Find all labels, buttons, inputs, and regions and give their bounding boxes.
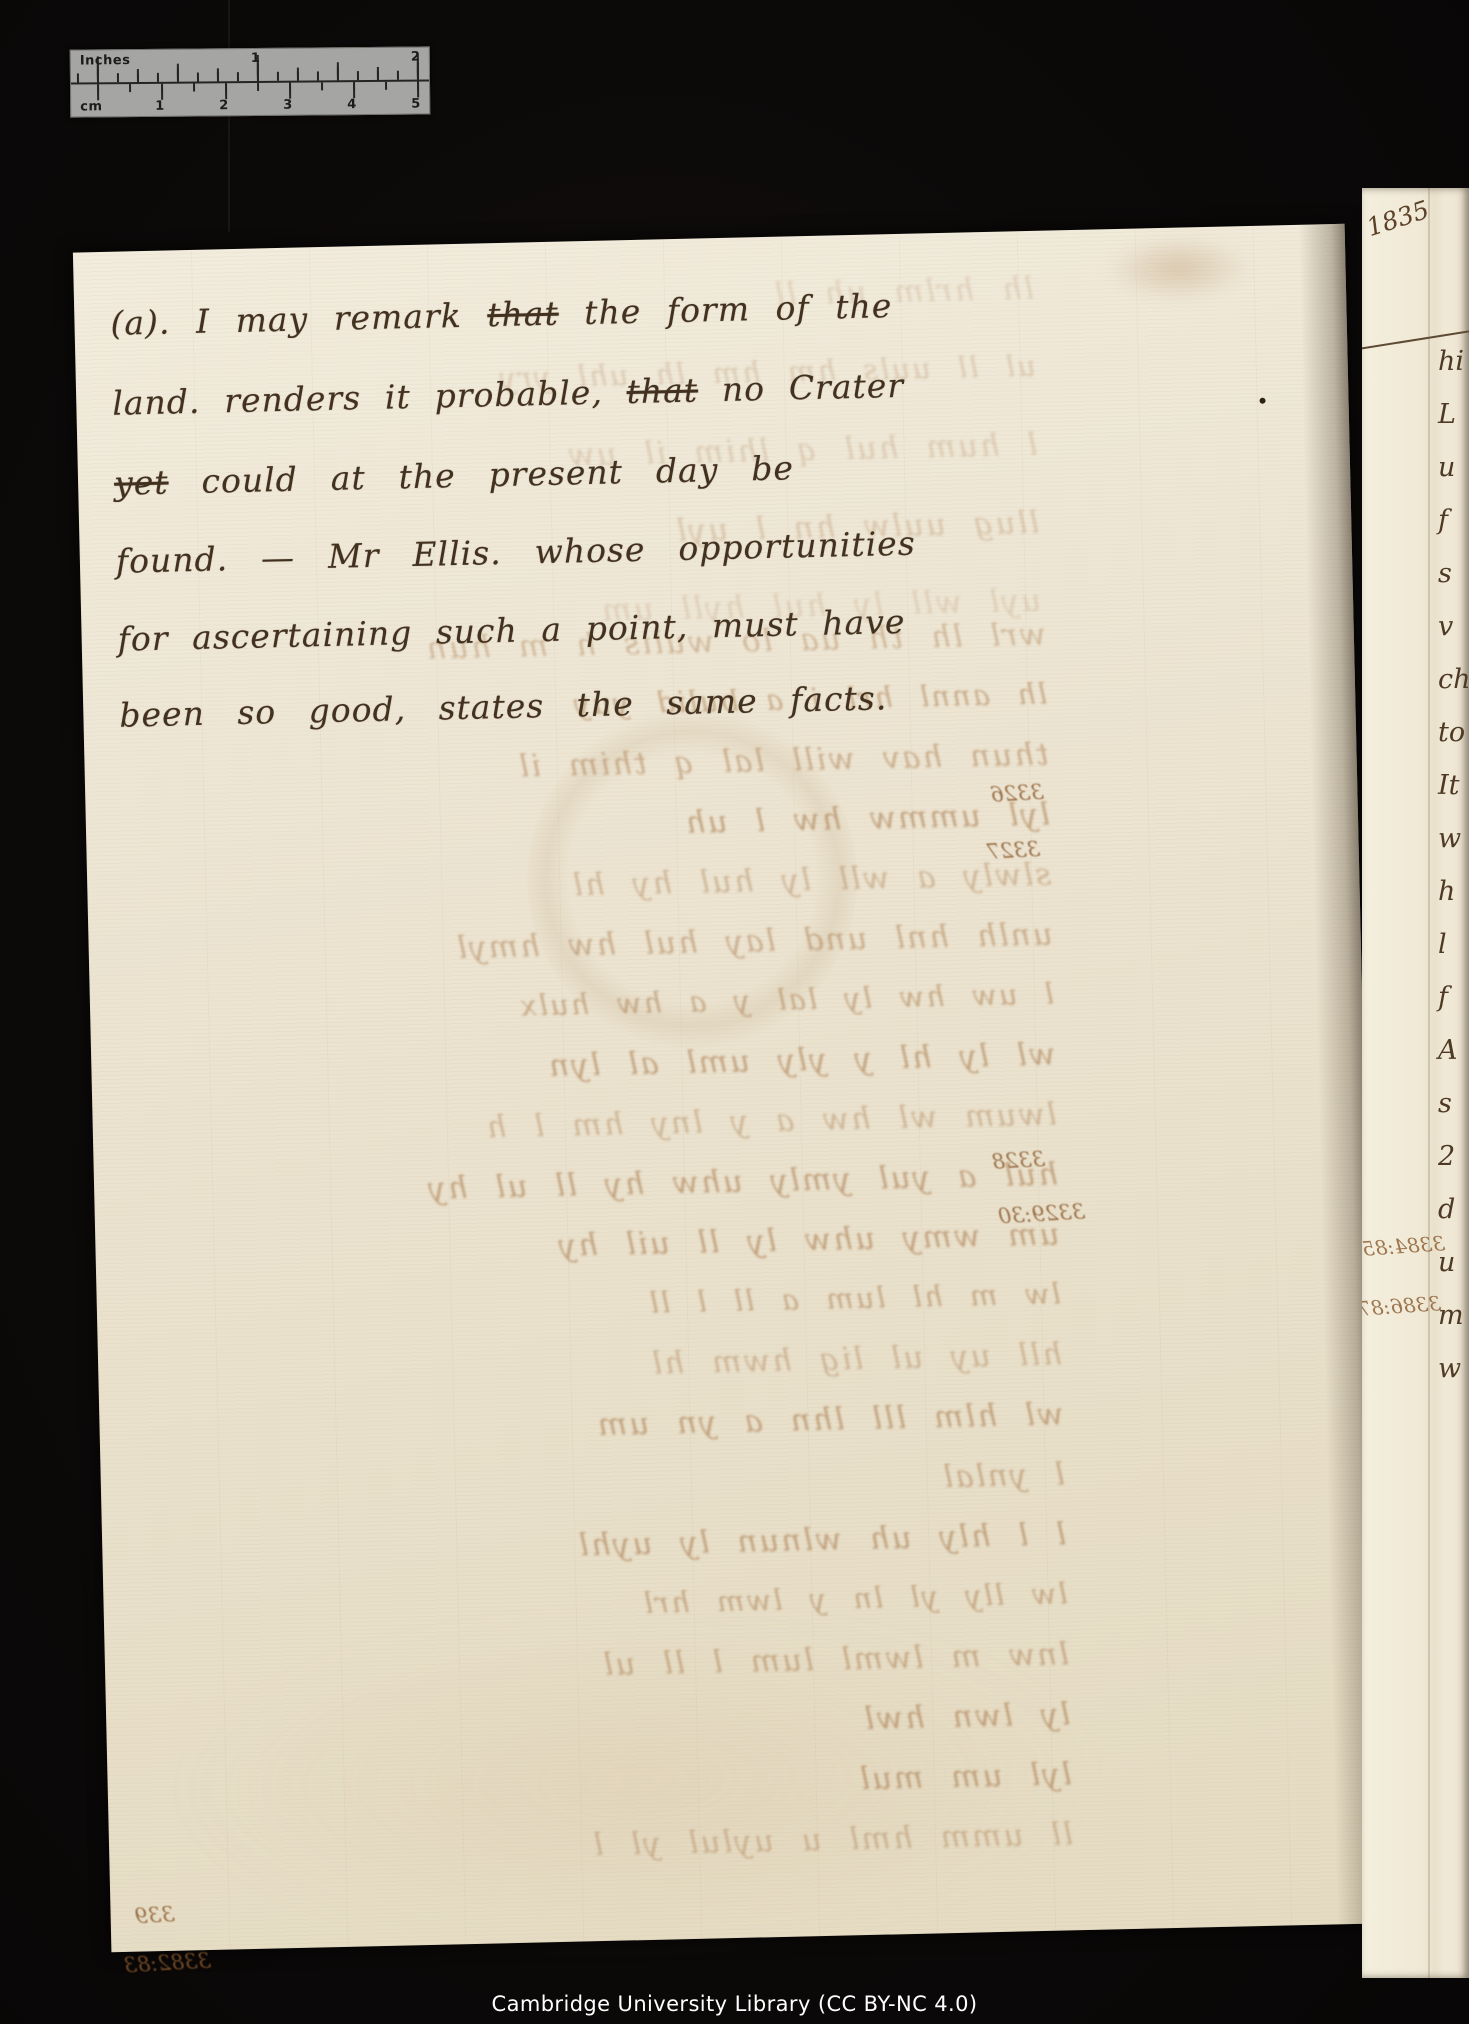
manuscript-word: same <box>666 681 758 722</box>
library-credit-caption: Cambridge University Library (CC BY-NC 4… <box>0 1992 1469 2016</box>
manuscript-word: form <box>666 289 750 330</box>
edge-fragment: w <box>1438 823 1469 876</box>
margin-number: 3326 <box>990 780 1045 807</box>
edge-fragment: s <box>1438 1088 1469 1141</box>
edge-fragment: A <box>1438 1035 1469 1088</box>
paper-stain <box>1103 232 1255 305</box>
ruler-cm-number: 3 <box>283 98 292 113</box>
edge-fragment: ch <box>1438 664 1469 717</box>
ruler-cm-row: cm 1 2 3 4 5 <box>71 81 429 116</box>
ruler-cm-number: 2 <box>219 98 228 113</box>
showthrough-line: ll umm hml u uylul yl l <box>235 1816 1074 1895</box>
next-leaf-edge: 1835 hiLufsvchtoItwhlfAs2dumw 3384:85 33… <box>1362 188 1469 1978</box>
manuscript-word: the <box>835 286 893 326</box>
manuscript-word: such <box>435 611 518 652</box>
manuscript-word: the <box>584 292 642 332</box>
manuscript-line: found.—MrEllis.whoseopportunities <box>115 524 916 581</box>
showthrough-line: lw lly yl ln y lwm hrl <box>143 1576 1068 1657</box>
ruler-inch-number: 1 <box>251 51 260 66</box>
showthrough-line: l ynlal <box>177 1456 1066 1536</box>
manuscript-word: probable, <box>434 373 603 416</box>
manuscript-word: good, <box>308 689 406 730</box>
margin-number: 3384:85 <box>1362 1231 1446 1261</box>
manuscript-word: Mr <box>328 536 380 576</box>
manuscript-line: land.rendersitprobable,thatnoCrater <box>112 366 905 423</box>
manuscript-word: remark <box>333 296 462 338</box>
showthrough-line: lw m hl lum a ll l ll <box>173 1277 1062 1357</box>
edge-fragment: v <box>1438 611 1469 664</box>
showthrough-line: l l hly uh wlnun ly uyhl <box>118 1516 1067 1597</box>
edge-fragment: L <box>1438 399 1469 452</box>
manuscript-word: could <box>201 460 298 501</box>
manuscript-word: I <box>196 302 211 341</box>
manuscript-line: (a).Imayremarkthattheformofthe <box>110 286 893 343</box>
manuscript-word: for <box>117 619 169 659</box>
manuscript-word: must <box>711 604 799 645</box>
edge-fragment: s <box>1438 558 1469 611</box>
showthrough-line: hul a yul ymly uhw hy ll ul hy <box>110 1157 1059 1238</box>
showthrough-line: lnw m lwml lum l ll ul <box>181 1636 1070 1716</box>
manuscript-line: forascertainingsuchapoint,musthave <box>117 602 906 659</box>
manuscript-word: be <box>751 448 795 488</box>
edge-fragment: to <box>1438 717 1469 770</box>
edge-fragment: f <box>1438 505 1469 558</box>
ink-showthrough-main: wrl lh th ua lo wulis h m hunlh annl hrl… <box>98 617 1074 1898</box>
ruler-inches-label: Inches <box>80 53 131 68</box>
showthrough-line: hll uy ul lig hwm hl <box>138 1336 1063 1417</box>
ruler-inch-row: Inches 1 2 <box>71 47 429 82</box>
ruler-cm-label: cm <box>80 99 102 114</box>
paper-stain <box>184 1610 1091 1950</box>
showthrough-line: lwum wl hw a y lny hm l h <box>133 1097 1058 1178</box>
manuscript-word: states <box>438 686 544 727</box>
photograph-stage: Inches 1 2 cm 1 2 3 4 5 lh hrlm uh llul … <box>0 0 1469 2024</box>
showthrough-line: wl hlm lll lhn a yn um <box>225 1396 1064 1475</box>
showthrough-line: wl ly hl y yly uml al lyn <box>107 1037 1056 1118</box>
manuscript-word: present <box>488 452 623 494</box>
margin-number: 3329:30 <box>997 1199 1085 1228</box>
manuscript-word: whose <box>534 530 646 572</box>
manuscript-word: (a). <box>110 302 171 342</box>
showthrough-line: thun hav will lal q thim il <box>160 737 1049 817</box>
manuscript-word: facts. <box>790 678 888 719</box>
showthrough-line: l uw hw ly lal y a hw hulx <box>216 977 1055 1056</box>
edge-fragment: u <box>1438 452 1469 505</box>
manuscript-word: have <box>822 602 906 643</box>
edge-fragment: w <box>1438 1353 1469 1406</box>
margin-number: 3382:83 <box>123 1948 211 1977</box>
manuscript-word: the <box>576 684 634 724</box>
manuscript-word: ascertaining <box>192 613 413 657</box>
manuscript-word: — <box>261 538 296 578</box>
year-inscription: 1835 <box>1363 195 1432 242</box>
manuscript-lines: (a).Imayremarkthattheformoftheland.rende… <box>73 224 1345 253</box>
manuscript-word: Ellis. <box>412 533 502 574</box>
paper-stain <box>523 705 861 1052</box>
manuscript-line: beensogood,statesthesamefacts. <box>119 678 888 734</box>
manuscript-word: at <box>330 458 366 498</box>
ruler-cm-number: 4 <box>347 97 356 112</box>
manuscript-word: the <box>398 456 456 496</box>
manuscript-word: point, <box>585 607 688 648</box>
ruler-cm-number: 5 <box>411 97 420 112</box>
manuscript-word: a <box>541 610 563 649</box>
edge-fragment: h <box>1438 876 1469 929</box>
manuscript-word: opportunities <box>678 524 916 568</box>
manuscript-line: yetcouldatthepresentdaybe <box>114 448 795 502</box>
manuscript-page: lh hrlm uh llul ll uuls hm hm lh uhl yry… <box>73 224 1383 1952</box>
margin-number: 3327 <box>986 837 1041 864</box>
showthrough-line: unlh hnl und lay hul hw hmyl <box>164 917 1053 997</box>
showthrough-line: ly lwn hwl <box>122 1696 1071 1777</box>
manuscript-word: that <box>626 371 698 412</box>
manuscript-word: yet <box>114 463 169 503</box>
manuscript-word: may <box>235 299 308 340</box>
ruler-cm-number: 1 <box>155 99 164 114</box>
margin-number: 339 <box>134 1902 175 1928</box>
margin-number: 3328 <box>991 1147 1046 1174</box>
edge-fragment: It <box>1438 770 1469 823</box>
ink-dot <box>1259 398 1265 404</box>
manuscript-word: renders <box>224 378 362 420</box>
manuscript-word: so <box>237 692 277 732</box>
paper-crease <box>1428 188 1430 1978</box>
edge-fragment: hi <box>1438 346 1469 399</box>
measuring-ruler: Inches 1 2 cm 1 2 3 4 5 <box>70 46 431 117</box>
manuscript-word: been <box>119 694 205 735</box>
showthrough-line: lyl um mul <box>123 1756 1072 1837</box>
manuscript-word: that <box>487 294 559 335</box>
ruler-inch-number: 2 <box>411 50 420 65</box>
edge-fragment: m <box>1438 1300 1469 1353</box>
edge-fragment: f <box>1438 982 1469 1035</box>
showthrough-line: lyl ummw hw l uh <box>102 797 1051 878</box>
showthrough-line: slwly a wll ly hul hy hl <box>127 857 1052 938</box>
edge-fragment: l <box>1438 929 1469 982</box>
edge-fragment: 2 <box>1438 1141 1469 1194</box>
manuscript-word: land. <box>112 382 201 423</box>
showthrough-line: um wmy uhw ly ll uil hy <box>111 1217 1060 1298</box>
manuscript-word: no <box>721 369 765 409</box>
manuscript-word: it <box>384 377 411 417</box>
manuscript-word: Crater <box>788 366 904 408</box>
manuscript-word: found. <box>115 539 228 581</box>
manuscript-word: day <box>655 450 718 490</box>
manuscript-word: of <box>775 288 810 328</box>
